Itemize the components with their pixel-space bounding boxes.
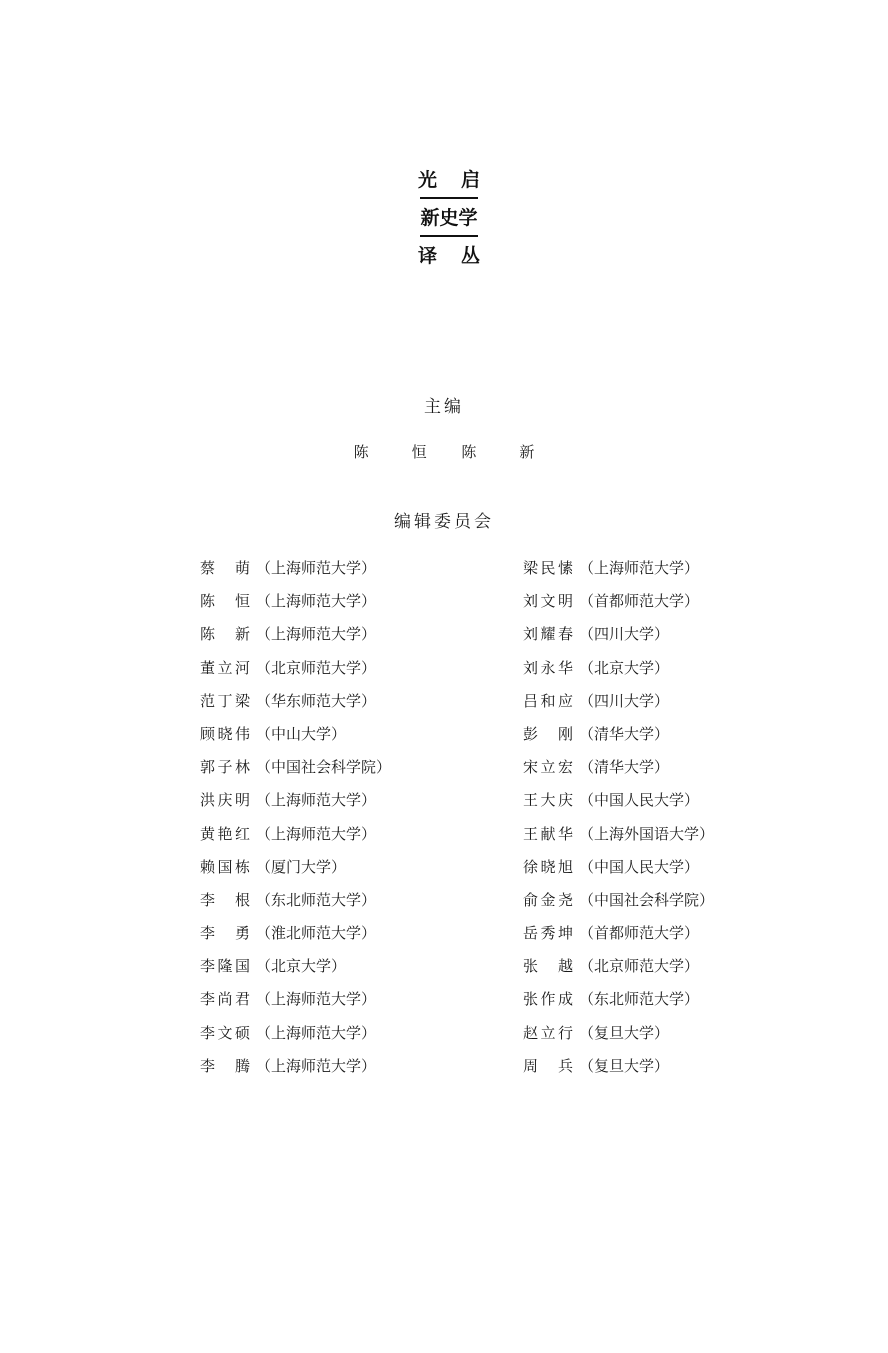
member-affiliation: （首都师范大学） bbox=[579, 591, 699, 624]
member-affiliation: （上海外国语大学） bbox=[579, 824, 714, 857]
member-name: 蔡 萌 bbox=[200, 558, 250, 591]
member-name: 俞金尧 bbox=[523, 890, 573, 923]
logo-char: 光 bbox=[418, 168, 437, 192]
member-name: 宋立宏 bbox=[523, 757, 573, 790]
member-affiliation: （中山大学） bbox=[256, 724, 346, 757]
member-name: 吕和应 bbox=[523, 691, 573, 724]
committee-member: 赖国栋（厦门大学） bbox=[200, 857, 391, 890]
chief-editor-name: 陈 恒 bbox=[354, 441, 441, 462]
member-affiliation: （上海师范大学） bbox=[256, 1023, 376, 1056]
committee-member: 赵立行（复旦大学） bbox=[523, 1023, 714, 1056]
logo-line-3: 译 丛 bbox=[418, 244, 480, 268]
member-affiliation: （厦门大学） bbox=[256, 857, 346, 890]
member-affiliation: （上海师范大学） bbox=[579, 558, 699, 591]
member-name: 王献华 bbox=[523, 824, 573, 857]
committee-right-column: 梁民愫（上海师范大学）刘文明（首都师范大学）刘耀春（四川大学）刘永华（北京大学）… bbox=[523, 558, 714, 1089]
committee-member: 张作成（东北师范大学） bbox=[523, 989, 714, 1022]
logo-divider bbox=[420, 197, 478, 199]
member-name: 顾晓伟 bbox=[200, 724, 250, 757]
member-affiliation: （中国人民大学） bbox=[579, 790, 699, 823]
logo-char: 译 bbox=[418, 244, 437, 268]
member-affiliation: （四川大学） bbox=[579, 624, 669, 657]
member-name: 徐晓旭 bbox=[523, 857, 573, 890]
committee-heading: 编辑委员会 bbox=[0, 507, 888, 532]
member-name: 赖国栋 bbox=[200, 857, 250, 890]
member-name: 李 勇 bbox=[200, 923, 250, 956]
logo-divider bbox=[420, 235, 478, 237]
committee-member: 李 腾（上海师范大学） bbox=[200, 1056, 391, 1089]
member-affiliation: （清华大学） bbox=[579, 724, 669, 757]
committee-member: 俞金尧（中国社会科学院） bbox=[523, 890, 714, 923]
logo-line-2: 新史学 bbox=[418, 206, 480, 230]
committee-member: 李尚君（上海师范大学） bbox=[200, 989, 391, 1022]
member-name: 刘文明 bbox=[523, 591, 573, 624]
member-affiliation: （北京大学） bbox=[579, 658, 669, 691]
member-name: 梁民愫 bbox=[523, 558, 573, 591]
member-affiliation: （清华大学） bbox=[579, 757, 669, 790]
committee-member: 周 兵（复旦大学） bbox=[523, 1056, 714, 1089]
member-affiliation: （上海师范大学） bbox=[256, 989, 376, 1022]
committee-member: 陈 恒（上海师范大学） bbox=[200, 591, 391, 624]
member-affiliation: （北京师范大学） bbox=[579, 956, 699, 989]
committee-member: 彭 刚（清华大学） bbox=[523, 724, 714, 757]
member-name: 李 根 bbox=[200, 890, 250, 923]
committee-member: 黄艳红（上海师范大学） bbox=[200, 824, 391, 857]
committee-member: 梁民愫（上海师范大学） bbox=[523, 558, 714, 591]
member-affiliation: （四川大学） bbox=[579, 691, 669, 724]
member-name: 李隆国 bbox=[200, 956, 250, 989]
member-name: 范丁梁 bbox=[200, 691, 250, 724]
committee-member: 洪庆明（上海师范大学） bbox=[200, 790, 391, 823]
member-affiliation: （东北师范大学） bbox=[579, 989, 699, 1022]
committee-member: 王献华（上海外国语大学） bbox=[523, 824, 714, 857]
member-name: 洪庆明 bbox=[200, 790, 250, 823]
member-affiliation: （首都师范大学） bbox=[579, 923, 699, 956]
committee-left-column: 蔡 萌（上海师范大学）陈 恒（上海师范大学）陈 新（上海师范大学）董立河（北京师… bbox=[200, 558, 391, 1089]
member-affiliation: （复旦大学） bbox=[579, 1023, 669, 1056]
member-affiliation: （上海师范大学） bbox=[256, 591, 376, 624]
member-name: 彭 刚 bbox=[523, 724, 573, 757]
chief-editors-heading: 主编 bbox=[0, 392, 888, 417]
member-affiliation: （上海师范大学） bbox=[256, 824, 376, 857]
chief-editor-name: 陈 新 bbox=[461, 441, 548, 462]
member-name: 岳秀坤 bbox=[523, 923, 573, 956]
member-name: 张 越 bbox=[523, 956, 573, 989]
member-affiliation: （中国社会科学院） bbox=[579, 890, 714, 923]
member-affiliation: （上海师范大学） bbox=[256, 790, 376, 823]
committee-member: 郭子林（中国社会科学院） bbox=[200, 757, 391, 790]
logo-char: 启 bbox=[461, 168, 480, 192]
committee-member: 顾晓伟（中山大学） bbox=[200, 724, 391, 757]
member-affiliation: （中国社会科学院） bbox=[256, 757, 391, 790]
committee-member: 刘耀春（四川大学） bbox=[523, 624, 714, 657]
member-name: 黄艳红 bbox=[200, 824, 250, 857]
committee-member: 李 根（东北师范大学） bbox=[200, 890, 391, 923]
member-name: 张作成 bbox=[523, 989, 573, 1022]
logo-line-1: 光 启 bbox=[418, 168, 480, 192]
committee-member: 王大庆（中国人民大学） bbox=[523, 790, 714, 823]
member-name: 刘耀春 bbox=[523, 624, 573, 657]
committee-member: 李文硕（上海师范大学） bbox=[200, 1023, 391, 1056]
member-affiliation: （上海师范大学） bbox=[256, 558, 376, 591]
committee-member: 吕和应（四川大学） bbox=[523, 691, 714, 724]
member-name: 郭子林 bbox=[200, 757, 250, 790]
committee-member: 李 勇（淮北师范大学） bbox=[200, 923, 391, 956]
member-affiliation: （淮北师范大学） bbox=[256, 923, 376, 956]
member-affiliation: （北京师范大学） bbox=[256, 658, 376, 691]
committee-member: 张 越（北京师范大学） bbox=[523, 956, 714, 989]
member-name: 董立河 bbox=[200, 658, 250, 691]
chief-editors-names: 陈 恒 陈 新 bbox=[0, 441, 888, 462]
member-affiliation: （北京大学） bbox=[256, 956, 346, 989]
member-name: 王大庆 bbox=[523, 790, 573, 823]
member-affiliation: （中国人民大学） bbox=[579, 857, 699, 890]
member-name: 周 兵 bbox=[523, 1056, 573, 1089]
committee-member: 蔡 萌（上海师范大学） bbox=[200, 558, 391, 591]
member-affiliation: （上海师范大学） bbox=[256, 624, 376, 657]
member-name: 李 腾 bbox=[200, 1056, 250, 1089]
member-affiliation: （上海师范大学） bbox=[256, 1056, 376, 1089]
committee-member: 徐晓旭（中国人民大学） bbox=[523, 857, 714, 890]
committee-member: 陈 新（上海师范大学） bbox=[200, 624, 391, 657]
committee-member: 范丁梁（华东师范大学） bbox=[200, 691, 391, 724]
logo-char: 丛 bbox=[461, 244, 480, 268]
committee-member: 岳秀坤（首都师范大学） bbox=[523, 923, 714, 956]
member-name: 李文硕 bbox=[200, 1023, 250, 1056]
member-name: 赵立行 bbox=[523, 1023, 573, 1056]
member-name: 陈 新 bbox=[200, 624, 250, 657]
committee-member: 刘文明（首都师范大学） bbox=[523, 591, 714, 624]
member-name: 刘永华 bbox=[523, 658, 573, 691]
committee-member: 李隆国（北京大学） bbox=[200, 956, 391, 989]
committee-member: 宋立宏（清华大学） bbox=[523, 757, 714, 790]
member-affiliation: （东北师范大学） bbox=[256, 890, 376, 923]
member-affiliation: （华东师范大学） bbox=[256, 691, 376, 724]
member-name: 李尚君 bbox=[200, 989, 250, 1022]
committee-member: 刘永华（北京大学） bbox=[523, 658, 714, 691]
committee-member: 董立河（北京师范大学） bbox=[200, 658, 391, 691]
member-affiliation: （复旦大学） bbox=[579, 1056, 669, 1089]
member-name: 陈 恒 bbox=[200, 591, 250, 624]
series-logo: 光 启 新史学 译 丛 bbox=[418, 168, 480, 268]
